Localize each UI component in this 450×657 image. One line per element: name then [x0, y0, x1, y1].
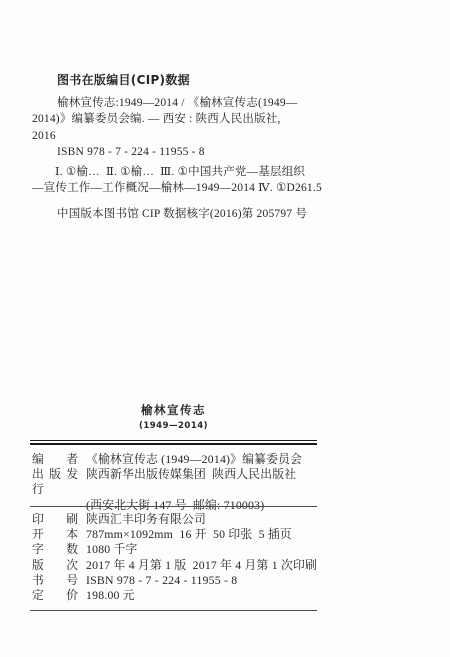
book-title: 榆林宣传志: [30, 403, 317, 417]
format-label: 开本: [32, 527, 78, 542]
cip-registry-number: 中国版本图书馆 CIP 数据核字(2016)第 205797 号: [32, 206, 324, 222]
cip-record-line-1: 榆林宣传志:1949—2014 / 《榆林宣传志(1949—: [32, 95, 324, 111]
printer-value: 陕西汇丰印务有限公司: [86, 512, 206, 527]
double-rule-thin-line: [30, 440, 317, 441]
middle-rule: [30, 506, 317, 507]
price-label: 定价: [32, 588, 78, 603]
publisher-row: 出版发行 陕西新华出版传媒集团 陕西人民出版社: [32, 467, 324, 497]
edition-label: 版次: [32, 558, 78, 573]
cip-block: 图书在版编目(CIP)数据 榆林宣传志:1949—2014 / 《榆林宣传志(1…: [32, 72, 324, 223]
cip-record-line-2: 2014)》编纂委员会编. — 西安 : 陕西人民出版社,: [32, 111, 324, 127]
edition-value: 2017 年 4 月第 1 版 2017 年 4 月第 1 次印刷: [86, 558, 317, 573]
isbn-row: 书号 ISBN 978 - 7 - 224 - 11955 - 8: [32, 573, 324, 588]
double-rule-thick-line: [30, 443, 317, 445]
word-count-row: 字数 1080 千字: [32, 542, 324, 557]
printer-row: 印刷 陕西汇丰印务有限公司: [32, 512, 324, 527]
cip-record-line-3: 2016: [32, 128, 324, 144]
book-subtitle: (1949—2014): [30, 421, 317, 431]
cip-isbn: ISBN 978 - 7 - 224 - 11955 - 8: [32, 144, 324, 160]
cip-heading: 图书在版编目(CIP)数据: [57, 72, 324, 88]
editor-value: 《榆林宣传志 (1949—2014)》编纂委员会: [86, 452, 302, 467]
printer-label: 印刷: [32, 512, 78, 527]
title-block: 榆林宣传志 (1949—2014): [30, 403, 317, 431]
publisher-value: 陕西新华出版传媒集团 陕西人民出版社: [86, 467, 296, 497]
cip-classification-line-1: Ⅰ. ①榆… Ⅱ. ①榆… Ⅲ. ①中国共产党—基层组织: [32, 164, 324, 180]
format-value: 787mm×1092mm 16 开 50 印张 5 插页: [86, 527, 292, 542]
edition-row: 版次 2017 年 4 月第 1 版 2017 年 4 月第 1 次印刷: [32, 558, 324, 573]
format-row: 开本 787mm×1092mm 16 开 50 印张 5 插页: [32, 527, 324, 542]
price-value: 198.00 元: [86, 588, 135, 603]
isbn-label: 书号: [32, 573, 78, 588]
publisher-info-table: 编者 《榆林宣传志 (1949—2014)》编纂委员会 出版发行 陕西新华出版传…: [32, 452, 324, 513]
cip-classification-line-2: —宣传工作—工作概况—榆林—1949—2014 Ⅳ. ①D261.5: [32, 180, 324, 196]
editor-row: 编者 《榆林宣传志 (1949—2014)》编纂委员会: [32, 452, 324, 467]
editor-label: 编者: [32, 452, 78, 467]
bottom-rule: [30, 610, 317, 611]
book-copyright-page: 图书在版编目(CIP)数据 榆林宣传志:1949—2014 / 《榆林宣传志(1…: [0, 0, 450, 657]
publisher-label: 出版发行: [32, 467, 78, 497]
word-count-label: 字数: [32, 542, 78, 557]
isbn-value: ISBN 978 - 7 - 224 - 11955 - 8: [86, 573, 237, 588]
word-count-value: 1080 千字: [86, 542, 138, 557]
price-row: 定价 198.00 元: [32, 588, 324, 603]
printing-info-table: 印刷 陕西汇丰印务有限公司 开本 787mm×1092mm 16 开 50 印张…: [32, 512, 324, 603]
double-rule: [30, 440, 317, 445]
